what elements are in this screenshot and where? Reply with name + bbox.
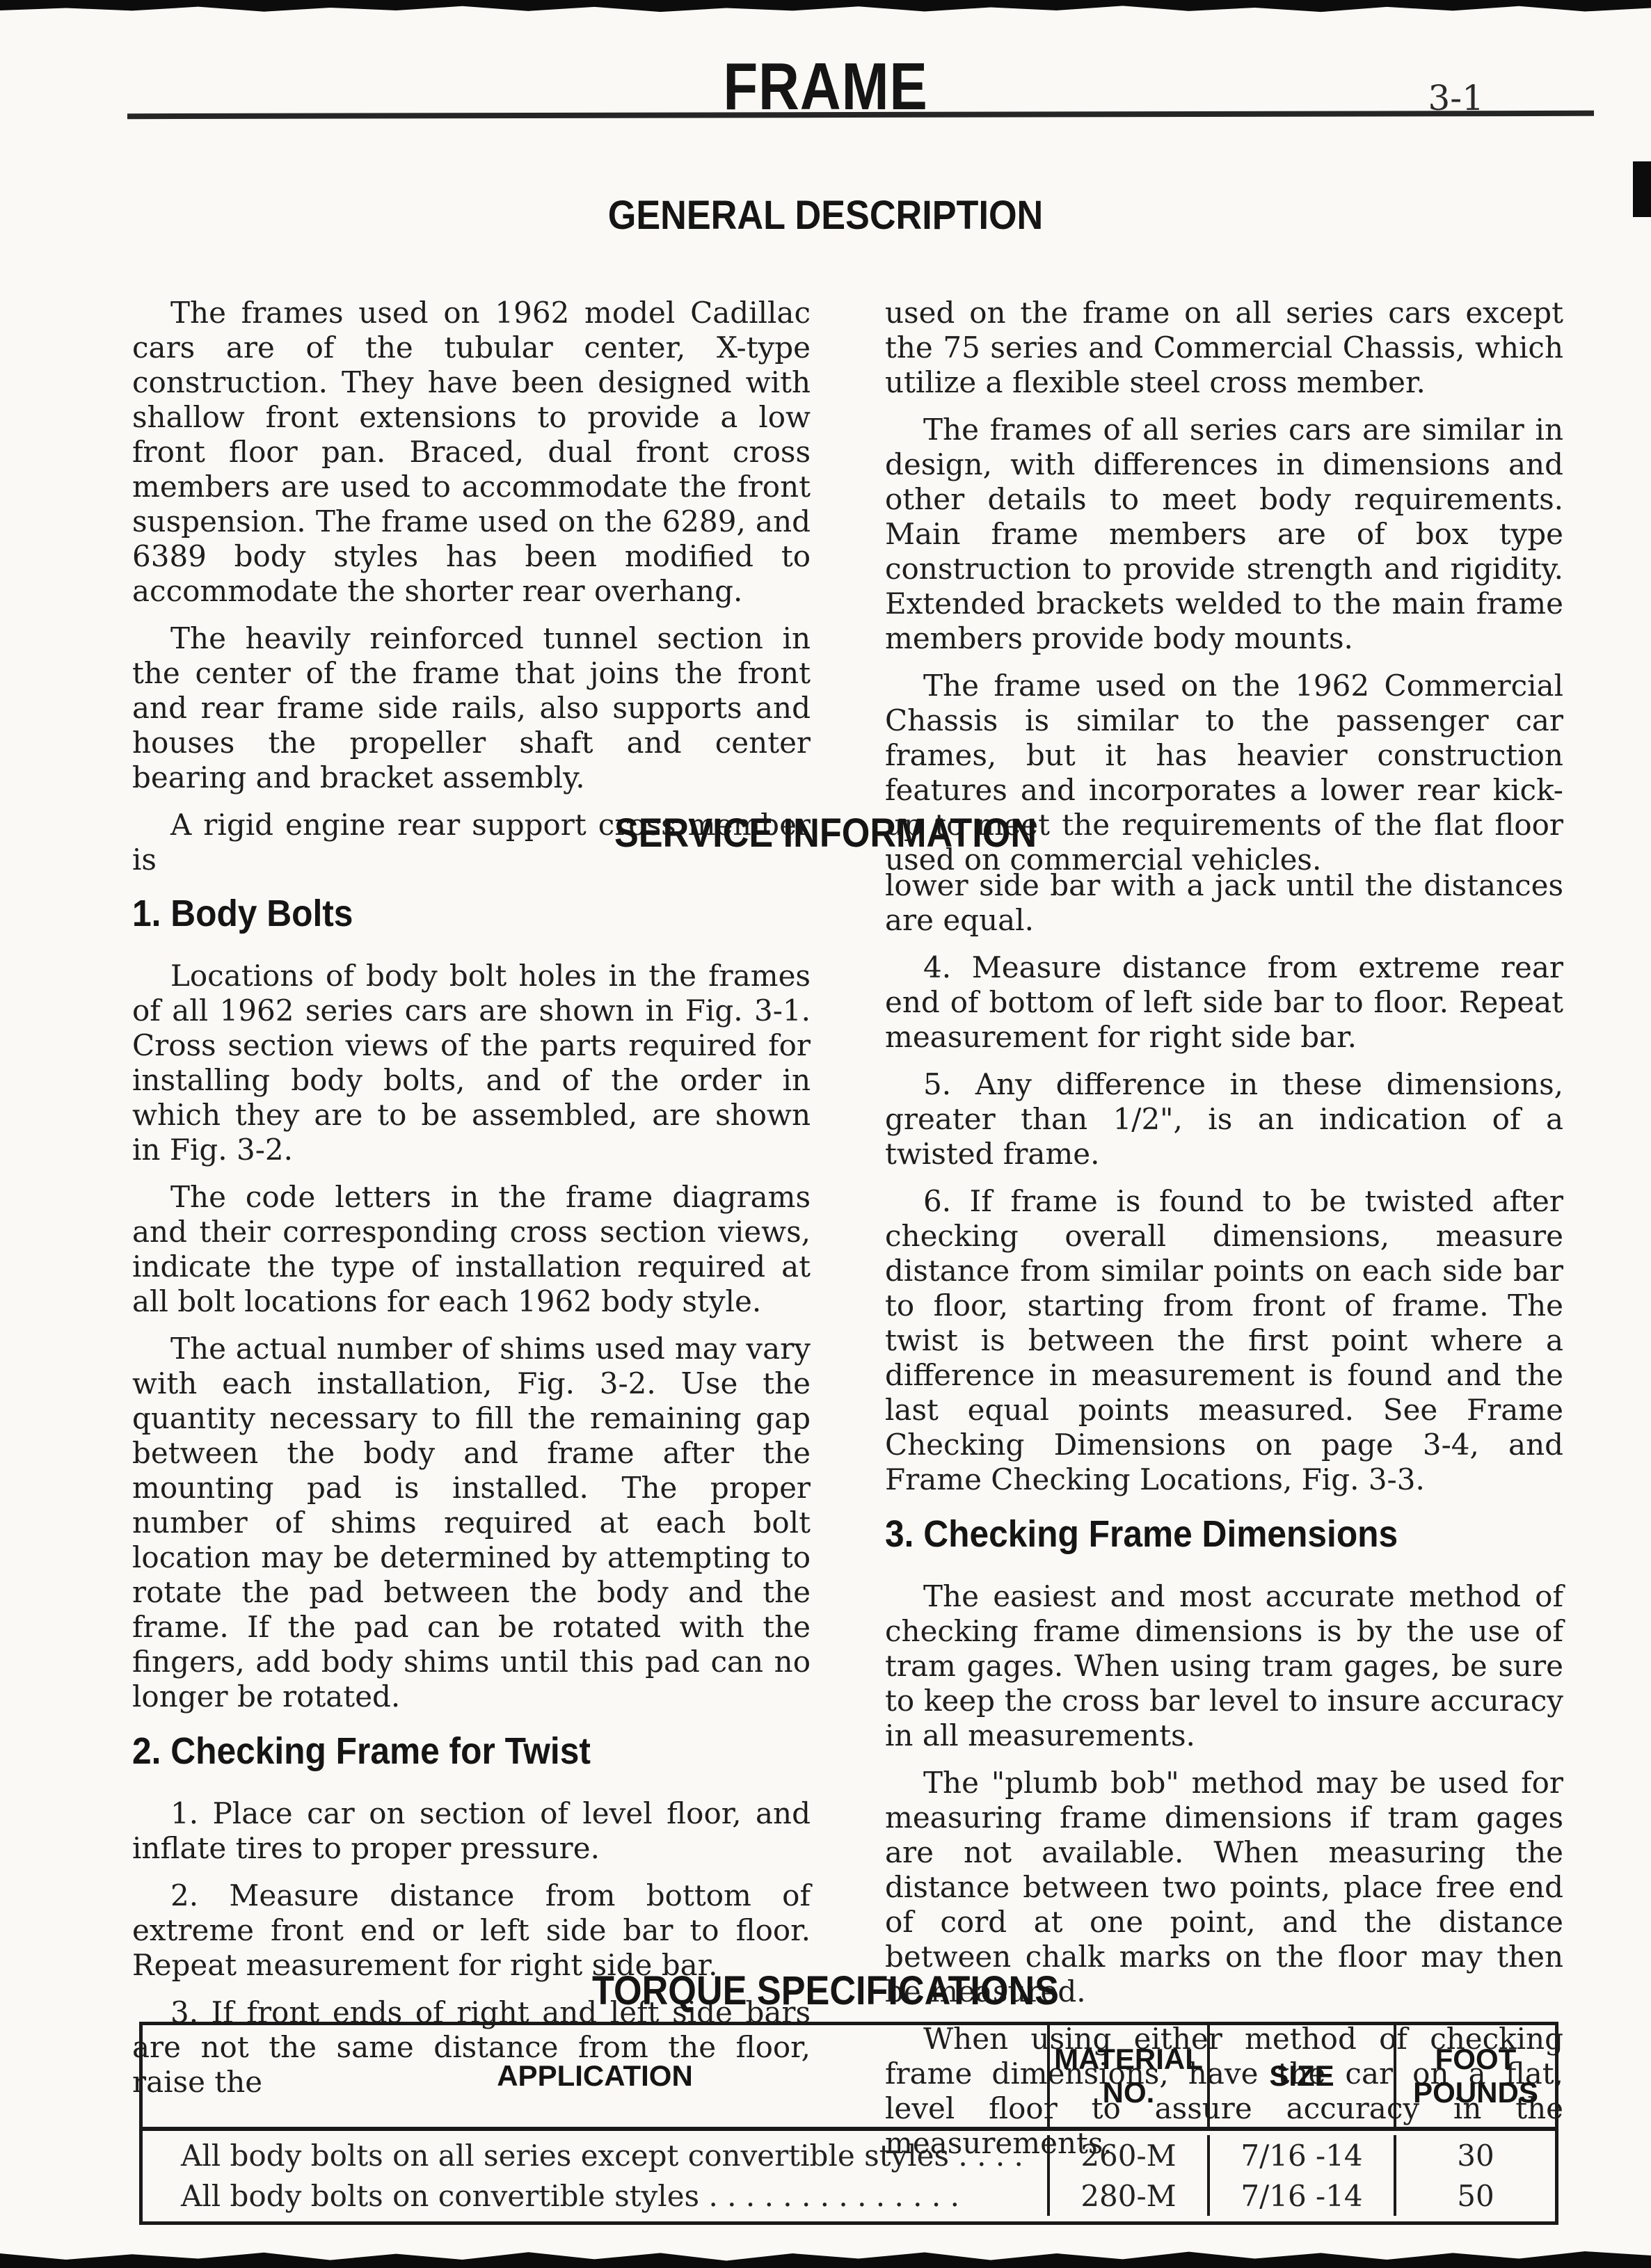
row1-material-no: 260-M — [1047, 2135, 1207, 2175]
scan-artifact-bottom-band — [0, 2247, 1651, 2268]
gd-left-paragraph-2: The heavily reinforced tunnel section in… — [132, 621, 811, 795]
s2-step-6: 6. If frame is found to be twisted after… — [885, 1184, 1563, 1497]
scan-artifact-edge-tab — [1633, 161, 1651, 217]
row2-material-no: 280-M — [1047, 2175, 1207, 2216]
torque-table-row-2: All body bolts on convertible styles . .… — [143, 2175, 1555, 2216]
section-1-heading: 1. Body Bolts — [132, 892, 756, 935]
manual-page: FRAME 3-1 GENERAL DESCRIPTION The frames… — [0, 0, 1651, 2268]
column-header-foot-pounds: FOOT POUNDS — [1394, 2025, 1555, 2131]
s2-step-1: 1. Place car on section of level floor, … — [132, 1796, 811, 1866]
row2-application: All body bolts on convertible styles . .… — [143, 2175, 1047, 2216]
s1-paragraph-2: The code letters in the frame diagrams a… — [132, 1180, 811, 1319]
general-description-heading: GENERAL DESCRIPTION — [83, 192, 1569, 239]
torque-table-header-row: APPLICATION MATERIAL NO. SIZE FOOT POUND… — [143, 2025, 1555, 2131]
general-description-right-column: used on the frame on all series cars exc… — [885, 296, 1563, 890]
column-header-application: APPLICATION — [143, 2025, 1047, 2131]
gd-right-paragraph-2: The frames of all series cars are simila… — [885, 413, 1563, 656]
s1-paragraph-3: The actual number of shims used may vary… — [132, 1332, 811, 1714]
row1-application: All body bolts on all series except conv… — [143, 2135, 1047, 2175]
column-header-size: SIZE — [1207, 2025, 1394, 2131]
gd-right-paragraph-1: used on the frame on all series cars exc… — [885, 296, 1563, 400]
section-3-heading: 3. Checking Frame Dimensions — [885, 1512, 1509, 1556]
s1-paragraph-1: Locations of body bolt holes in the fram… — [132, 959, 811, 1167]
s2-step-4: 4. Measure distance from extreme rear en… — [885, 950, 1563, 1055]
column-header-material-no: MATERIAL NO. — [1047, 2025, 1207, 2131]
service-information-heading: SERVICE INFORMATION — [83, 810, 1569, 856]
section-2-heading: 2. Checking Frame for Twist — [132, 1730, 756, 1773]
row2-size: 7/16 -14 — [1207, 2175, 1394, 2216]
s2-continuation: lower side bar with a jack until the dis… — [885, 868, 1563, 938]
s2-step-5: 5. Any difference in these dimensions, g… — [885, 1067, 1563, 1172]
gd-left-paragraph-1: The frames used on 1962 model Cadillac c… — [132, 296, 811, 609]
s3-paragraph-1: The easiest and most accurate method of … — [885, 1579, 1563, 1753]
row1-size: 7/16 -14 — [1207, 2135, 1394, 2175]
service-left-column: 1. Body Bolts Locations of body bolt hol… — [132, 892, 811, 2112]
general-description-left-column: The frames used on 1962 model Cadillac c… — [132, 296, 811, 890]
scan-artifact-top-band — [0, 0, 1651, 15]
torque-table-row-1: All body bolts on all series except conv… — [143, 2135, 1555, 2175]
row2-foot-pounds: 50 — [1394, 2175, 1555, 2216]
torque-table: APPLICATION MATERIAL NO. SIZE FOOT POUND… — [139, 2022, 1558, 2225]
torque-specifications-heading: TORQUE SPECIFICATIONS — [83, 1967, 1569, 2014]
row1-foot-pounds: 30 — [1394, 2135, 1555, 2175]
